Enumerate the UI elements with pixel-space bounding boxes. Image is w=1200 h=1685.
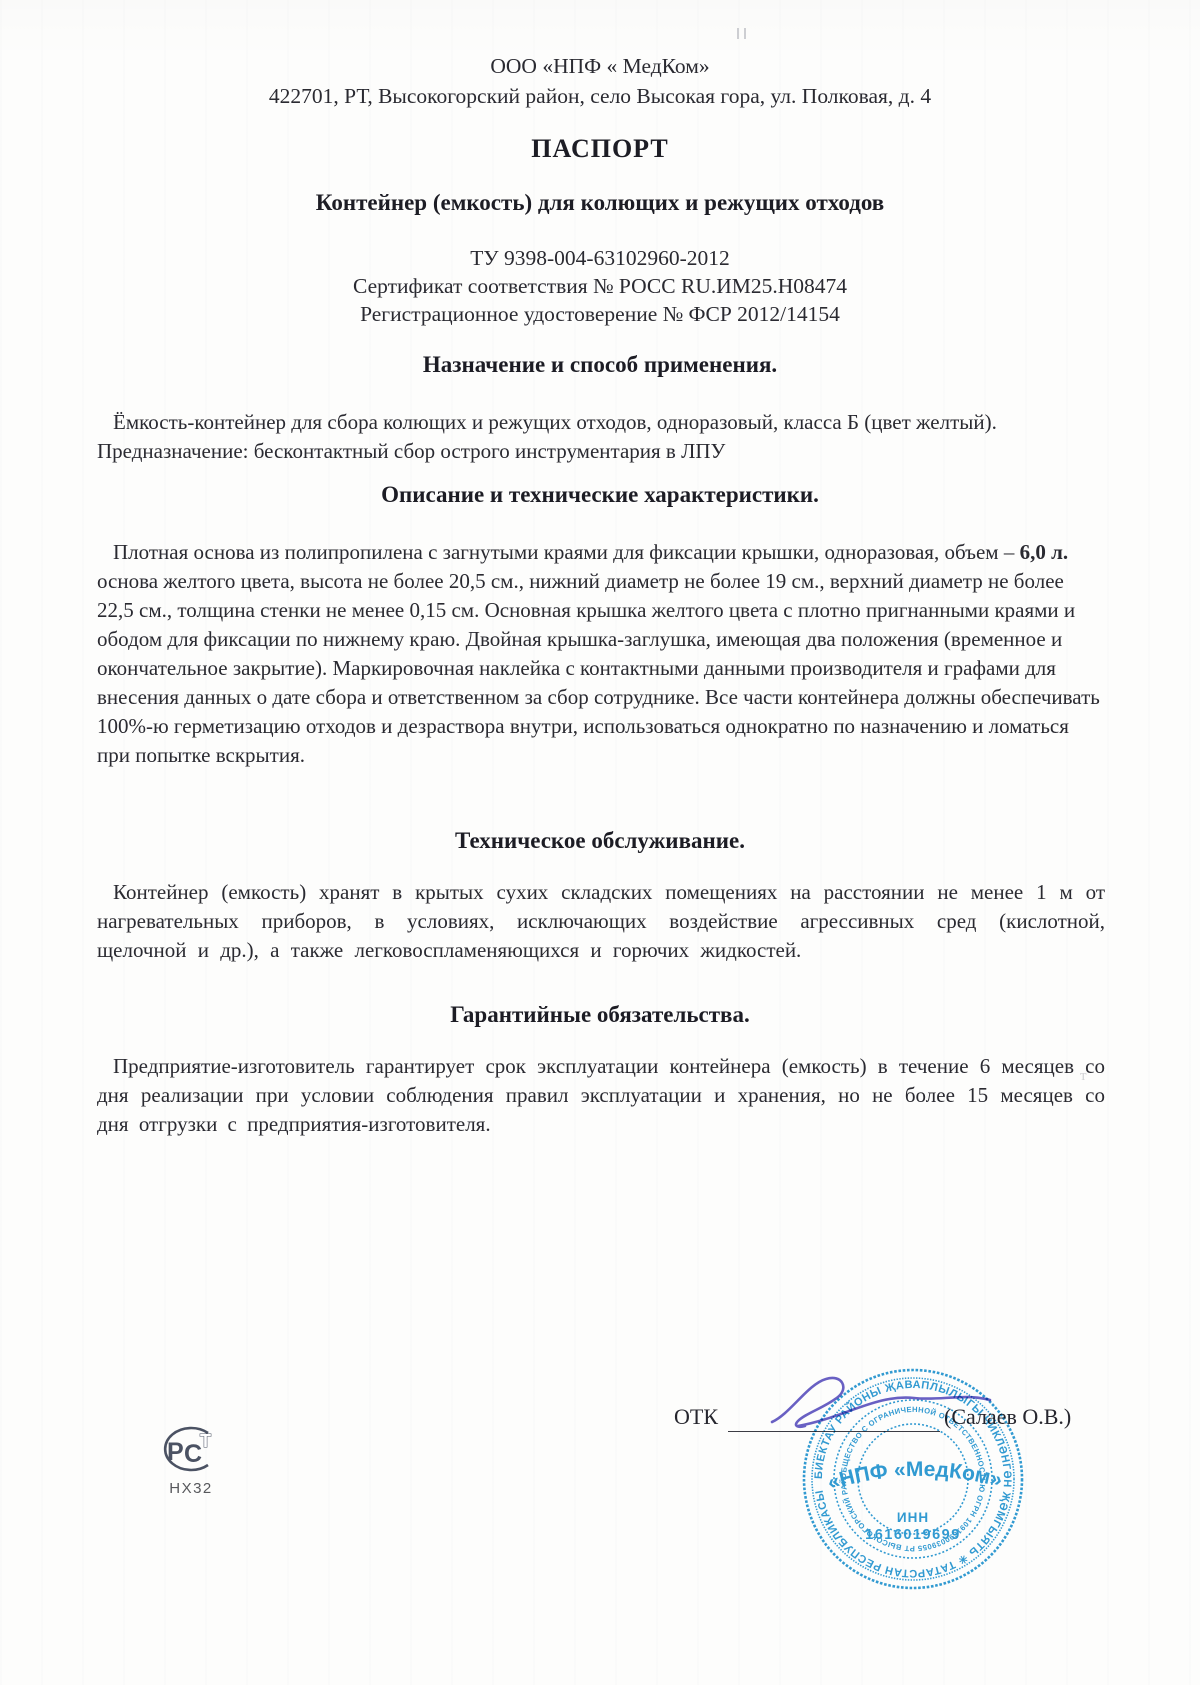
document-title: ПАСПОРТ [0, 134, 1200, 164]
signature-icon [752, 1368, 1014, 1440]
scan-artifact [737, 28, 746, 39]
document-page: т ООО «НПФ « МедКом» 422701, РТ, Высоког… [0, 0, 1200, 1685]
rst-certification-mark: Р С Т НХ32 [148, 1424, 234, 1497]
description-volume-bold: 6,0 л. [1020, 540, 1069, 564]
section-heading-maintenance: Техническое обслуживание. [0, 828, 1200, 854]
company-address: 422701, РТ, Высокогорский район, село Вы… [0, 84, 1200, 109]
paragraph-maintenance: Контейнер (емкость) хранят в крытых сухи… [97, 878, 1105, 965]
certificate-number: Сертификат соответствия № РОСС RU.ИМ25.Н… [0, 274, 1200, 299]
rst-code: НХ32 [148, 1480, 234, 1497]
registration-number: Регистрационное удостоверение № ФСР 2012… [0, 302, 1200, 327]
stamp-inn-label: ИНН [897, 1510, 929, 1525]
rst-letter-r: Р [167, 1438, 184, 1466]
section-heading-warranty: Гарантийные обязательства. [0, 1002, 1200, 1028]
rst-mark-icon: Р С Т [152, 1424, 230, 1474]
stamp-inn-number: 1616019699 [865, 1527, 961, 1543]
paragraph-description: Плотная основа из полипропилена с загнут… [97, 538, 1105, 770]
tu-number: ТУ 9398-004-63102960-2012 [0, 246, 1200, 271]
document-subtitle: Контейнер (емкость) для колющих и режущи… [0, 190, 1200, 216]
section-heading-description: Описание и технические характеристики. [0, 482, 1200, 508]
company-name: ООО «НПФ « МедКом» [0, 54, 1200, 79]
paragraph-warranty: Предприятие-изготовитель гарантирует сро… [97, 1052, 1105, 1139]
description-text-before: Плотная основа из полипропилена с загнут… [113, 540, 1020, 564]
section-heading-purpose: Назначение и способ применения. [0, 352, 1200, 378]
paragraph-purpose: Ёмкость-контейнер для сбора колющих и ре… [97, 408, 1105, 466]
rst-letter-t: Т [200, 1431, 211, 1451]
description-text-after: основа желтого цвета, высота не более 20… [97, 569, 1100, 767]
otk-label: ОТК [674, 1404, 718, 1432]
